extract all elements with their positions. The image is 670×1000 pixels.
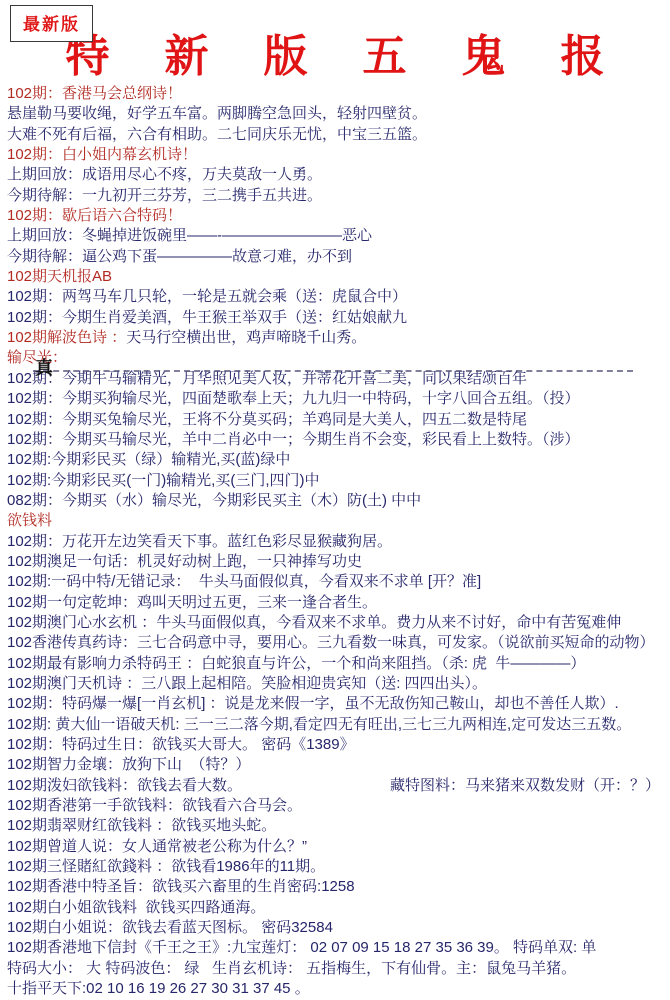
text-segment: 102期：今期生肖爱美酒，牛王猴王举双手（送：红姑娘献九 xyxy=(7,309,407,326)
text-segment: 102期：今期牛马输精光，月华照见美人妆，并蒂花开喜二美，同以果结颂百年 xyxy=(7,370,527,387)
page-title: 特 新 版 五 鬼 报 xyxy=(0,0,670,82)
report-line: 102期曾道人说：女人通常被老公称为什么？” xyxy=(7,837,670,857)
report-line: 上期回放：成语用尽心不疼，万夫莫敌一人勇。 xyxy=(7,165,670,185)
text-segment: 102期三怪賭紅欲錢料 ：欲钱看1986年的11期。 xyxy=(7,858,325,875)
text-segment: 天马行空横出世，鸡声啼晓千山秀。 xyxy=(126,329,366,346)
report-line: 悬崖勒马要收绳，好学五车富。两脚腾空急回头，轻射四壁贫。 xyxy=(7,104,670,124)
text-segment: 大难不死有后福，六合有相助。二七同庆乐无忧，中宝三五篮。 xyxy=(7,126,427,143)
report-line: 特码大小： 大 特码波色： 绿 生肖玄机诗： 五指梅生，下有仙骨。主：鼠兔马羊猪… xyxy=(7,959,670,979)
text-segment: 102期：两驾马车几只轮，一轮是五就会乘（送：虎鼠合中） xyxy=(7,288,407,305)
text-segment: 102期：万花开左边笑看天下事。蓝红色彩尽显猴藏狗居。 xyxy=(7,533,392,550)
report-line: 102期澳足一句话：机灵好动树上跑，一只神捧写功史 xyxy=(7,552,670,572)
report-line: 102期:今期彩民买（绿）输精光,买(蓝)绿中 xyxy=(7,450,670,470)
text-segment: 102香港传真药诗：三七合码意中寻，要用心。三九看数一味真，可发家。（说欲前买短… xyxy=(7,634,655,651)
report-line: 102期翡翠财红欲钱料 ：欲钱买地头蛇。 xyxy=(7,816,670,836)
text-segment: 今期待解：逼公鸡下蛋—————故意刁难，办不到 xyxy=(7,248,352,265)
text-segment: 102期香港中特圣旨：欲钱买六畜里的生肖密码:1258 xyxy=(7,878,355,895)
report-line: 102期：香港马会总纲诗！ xyxy=(7,84,670,104)
report-line: 102期白小姐欲钱料 欲钱买四路通海。 xyxy=(7,898,670,918)
report-line: 102期：今期生肖爱美酒，牛王猴王举双手（送：红姑娘献九 xyxy=(7,308,670,328)
text-segment: 102期：今期买兔输尽光，王将不分莫买码；羊鸡同是大美人，四五二数是特尾 xyxy=(7,411,527,428)
text-segment: 102期：特码爆一爆[一肖玄机] ：说是龙来假一字，虽不无敌伤知己鞍山，却也不善… xyxy=(7,695,619,712)
text-segment: 102期：香港马会总纲诗！ xyxy=(7,85,182,102)
report-line: 102期香港第一手欲钱料：欲钱看六合马会。 xyxy=(7,796,670,816)
text-segment: 102期香港第一手欲钱料：欲钱看六合马会。 xyxy=(7,797,302,814)
text-segment: 102期天机报AB xyxy=(7,268,112,285)
text-segment: 欲钱料 xyxy=(7,512,52,529)
text-segment: 102期：歇后语六合特码！ xyxy=(7,207,182,224)
report-line: 今期待解：逼公鸡下蛋—————故意刁难，办不到 xyxy=(7,247,670,267)
text-segment: 102期澳门心水玄机 ：牛头马面假似真，今看双来不求单。费力从来不讨好，命中有苦… xyxy=(7,614,621,631)
print-artifact-overlay: 真 xyxy=(35,358,53,378)
text-segment: 102期曾道人说：女人通常被老公称为什么？” xyxy=(7,838,307,855)
text-segment: 082期：今期买（水）输尽光，今期彩民买主（木）防(土) 中中 xyxy=(7,492,421,509)
report-line: 102期: 黄大仙一语破天机: 三一三二落今期,看定四无有旺出,三七三九两相连,… xyxy=(7,715,670,735)
text-segment: 上期回放：冬蝇掉进饭碗里——-————————恶心 xyxy=(7,227,372,244)
report-line: 102期：今期牛马输精光，月华照见美人妆，并蒂花开喜二美，同以果结颂百年 xyxy=(7,369,670,389)
text-segment: 102期白小姐说：欲钱去看蓝天图标。 密码32584 xyxy=(7,919,333,936)
right-text-segment: 藏特图料：马来猪来双数发财（开：？） xyxy=(390,776,660,796)
latest-edition-badge: 最新版 xyxy=(10,5,93,42)
text-segment: 102期：特码过生日：欲钱买大哥大。 密码《1389》 xyxy=(7,736,355,753)
report-line: 102期:今期彩民买(一门)输精光,买(三门,四门)中 xyxy=(7,471,670,491)
report-line: 102期一句定乾坤：鸡叫天明过五更，三来一逢合者生。 xyxy=(7,593,670,613)
text-segment: 102期澳足一句话：机灵好动树上跑，一只神捧写功史 xyxy=(7,553,362,570)
report-line: 102期：万花开左边笑看天下事。蓝红色彩尽显猴藏狗居。 xyxy=(7,532,670,552)
report-line: 102期天机报AB xyxy=(7,267,670,287)
report-line: 102期:一码中特/无错记录： 牛头马面假似真，今看双来不求单 [开？准] xyxy=(7,572,670,592)
text-segment: 特码大小： 大 特码波色： 绿 生肖玄机诗： 五指梅生，下有仙骨。主：鼠兔马羊猪… xyxy=(7,960,576,977)
text-segment: 102期白小姐欲钱料 欲钱买四路通海。 xyxy=(7,899,265,916)
text-segment: 102期翡翠财红欲钱料 ：欲钱买地头蛇。 xyxy=(7,817,276,834)
report-line: 102期最有影响力杀特码王 ：白蛇狼直与许公，一个和尚来阻挡。（杀: 虎 牛——… xyxy=(7,654,670,674)
report-line: 102期：白小姐内幕玄机诗！ xyxy=(7,145,670,165)
report-line: 102期白小姐说：欲钱去看蓝天图标。 密码32584 xyxy=(7,918,670,938)
report-line: 102期：今期买马输尽光，羊中二肖必中一；今期生肖不会变，彩民看上上数特。（涉） xyxy=(7,430,670,450)
text-segment: 上期回放：成语用尽心不疼，万夫莫敌一人勇。 xyxy=(7,166,322,183)
report-line: 102期澳门天机诗 ：三八跟上起相陪。笑脸相迎贵宾知（送: 四四出头）。 xyxy=(7,674,670,694)
text-segment: 102期一句定乾坤：鸡叫天明过五更，三来一逢合者生。 xyxy=(7,594,377,611)
text-segment: 102期:一码中特/无错记录： 牛头马面假似真，今看双来不求单 [开？准] xyxy=(7,573,481,590)
text-segment: 十指平天下:02 10 16 19 26 27 30 31 37 45 。 xyxy=(7,980,310,997)
text-segment: 102期泼妇欲钱料：欲钱去看大数。 xyxy=(7,777,242,794)
text-segment: 102期: 黄大仙一语破天机: 三一三二落今期,看定四无有旺出,三七三九两相连,… xyxy=(7,716,631,733)
report-line: 今期待解：一九初开三芬芳，三二携手五共进。 xyxy=(7,186,670,206)
text-segment: 102期澳门天机诗 ：三八跟上起相陪。笑脸相迎贵宾知（送: 四四出头）。 xyxy=(7,675,487,692)
report-line: 102期：特码过生日：欲钱买大哥大。 密码《1389》 xyxy=(7,735,670,755)
report-line: 102香港传真药诗：三七合码意中寻，要用心。三九看数一味真，可发家。（说欲前买短… xyxy=(7,633,670,653)
report-line: 上期回放：冬蝇掉进饭碗里——-————————恶心 xyxy=(7,226,670,246)
report-line: 102期：特码爆一爆[一肖玄机] ：说是龙来假一字，虽不无敌伤知己鞍山，却也不善… xyxy=(7,694,670,714)
report-line: 102期三怪賭紅欲錢料 ：欲钱看1986年的11期。 xyxy=(7,857,670,877)
text-segment: 102期：今期买狗输尽光，四面楚歌奉上天；九九归一中特码，十字八回合五组。（投） xyxy=(7,390,580,407)
five-ghost-report-page: 最新版 特 新 版 五 鬼 报 102期：香港马会总纲诗！悬崖勒马要收绳，好学五… xyxy=(0,0,670,1000)
report-line: 十指平天下:02 10 16 19 26 27 30 31 37 45 。 xyxy=(7,979,670,999)
report-line: 102期：今期买兔输尽光，王将不分莫买码；羊鸡同是大美人，四五二数是特尾 xyxy=(7,410,670,430)
text-segment: 102期：白小姐内幕玄机诗！ xyxy=(7,146,197,163)
report-line: 输尽光：真 xyxy=(7,348,670,368)
text-segment: 102期：今期买马输尽光，羊中二肖必中一；今期生肖不会变，彩民看上上数特。（涉） xyxy=(7,431,580,448)
report-line: 102期：歇后语六合特码！ xyxy=(7,206,670,226)
text-segment: 102期智力金壤：放狗下山 （特？） xyxy=(7,756,250,773)
report-line: 102期香港中特圣旨：欲钱买六畜里的生肖密码:1258 xyxy=(7,877,670,897)
report-line: 藏特图料：马来猪来双数发财（开：？）102期泼妇欲钱料：欲钱去看大数。 xyxy=(7,776,670,796)
text-segment: 102期:今期彩民买(一门)输精光,买(三门,四门)中 xyxy=(7,472,320,489)
text-segment: 102期香港地下信封《千王之王》:九宝莲灯： 02 07 09 15 18 27… xyxy=(7,939,596,956)
report-line: 102期：今期买狗输尽光，四面楚歌奉上天；九九归一中特码，十字八回合五组。（投） xyxy=(7,389,670,409)
text-segment: 102期:今期彩民买（绿）输精光,买(蓝)绿中 xyxy=(7,451,290,468)
text-segment: 102期最有影响力杀特码王 ：白蛇狼直与许公，一个和尚来阻挡。（杀: 虎 牛——… xyxy=(7,655,585,672)
report-line: 102期：两驾马车几只轮，一轮是五就会乘（送：虎鼠合中） xyxy=(7,287,670,307)
text-segment: 悬崖勒马要收绳，好学五车富。两脚腾空急回头，轻射四壁贫。 xyxy=(7,105,427,122)
report-body: 102期：香港马会总纲诗！悬崖勒马要收绳，好学五车富。两脚腾空急回头，轻射四壁贫… xyxy=(0,82,670,999)
report-line: 102期解波色诗 ：天马行空横出世，鸡声啼晓千山秀。 xyxy=(7,328,670,348)
text-segment: 102期解波色诗 ： xyxy=(7,329,126,346)
report-line: 欲钱料 xyxy=(7,511,670,531)
report-line: 102期澳门心水玄机 ：牛头马面假似真，今看双来不求单。费力从来不讨好，命中有苦… xyxy=(7,613,670,633)
report-line: 102期智力金壤：放狗下山 （特？） xyxy=(7,755,670,775)
text-segment: 今期待解：一九初开三芬芳，三二携手五共进。 xyxy=(7,187,322,204)
report-line: 102期香港地下信封《千王之王》:九宝莲灯： 02 07 09 15 18 27… xyxy=(7,938,670,958)
report-line: 082期：今期买（水）输尽光，今期彩民买主（木）防(土) 中中 xyxy=(7,491,670,511)
report-line: 大难不死有后福，六合有相助。二七同庆乐无忧，中宝三五篮。 xyxy=(7,125,670,145)
